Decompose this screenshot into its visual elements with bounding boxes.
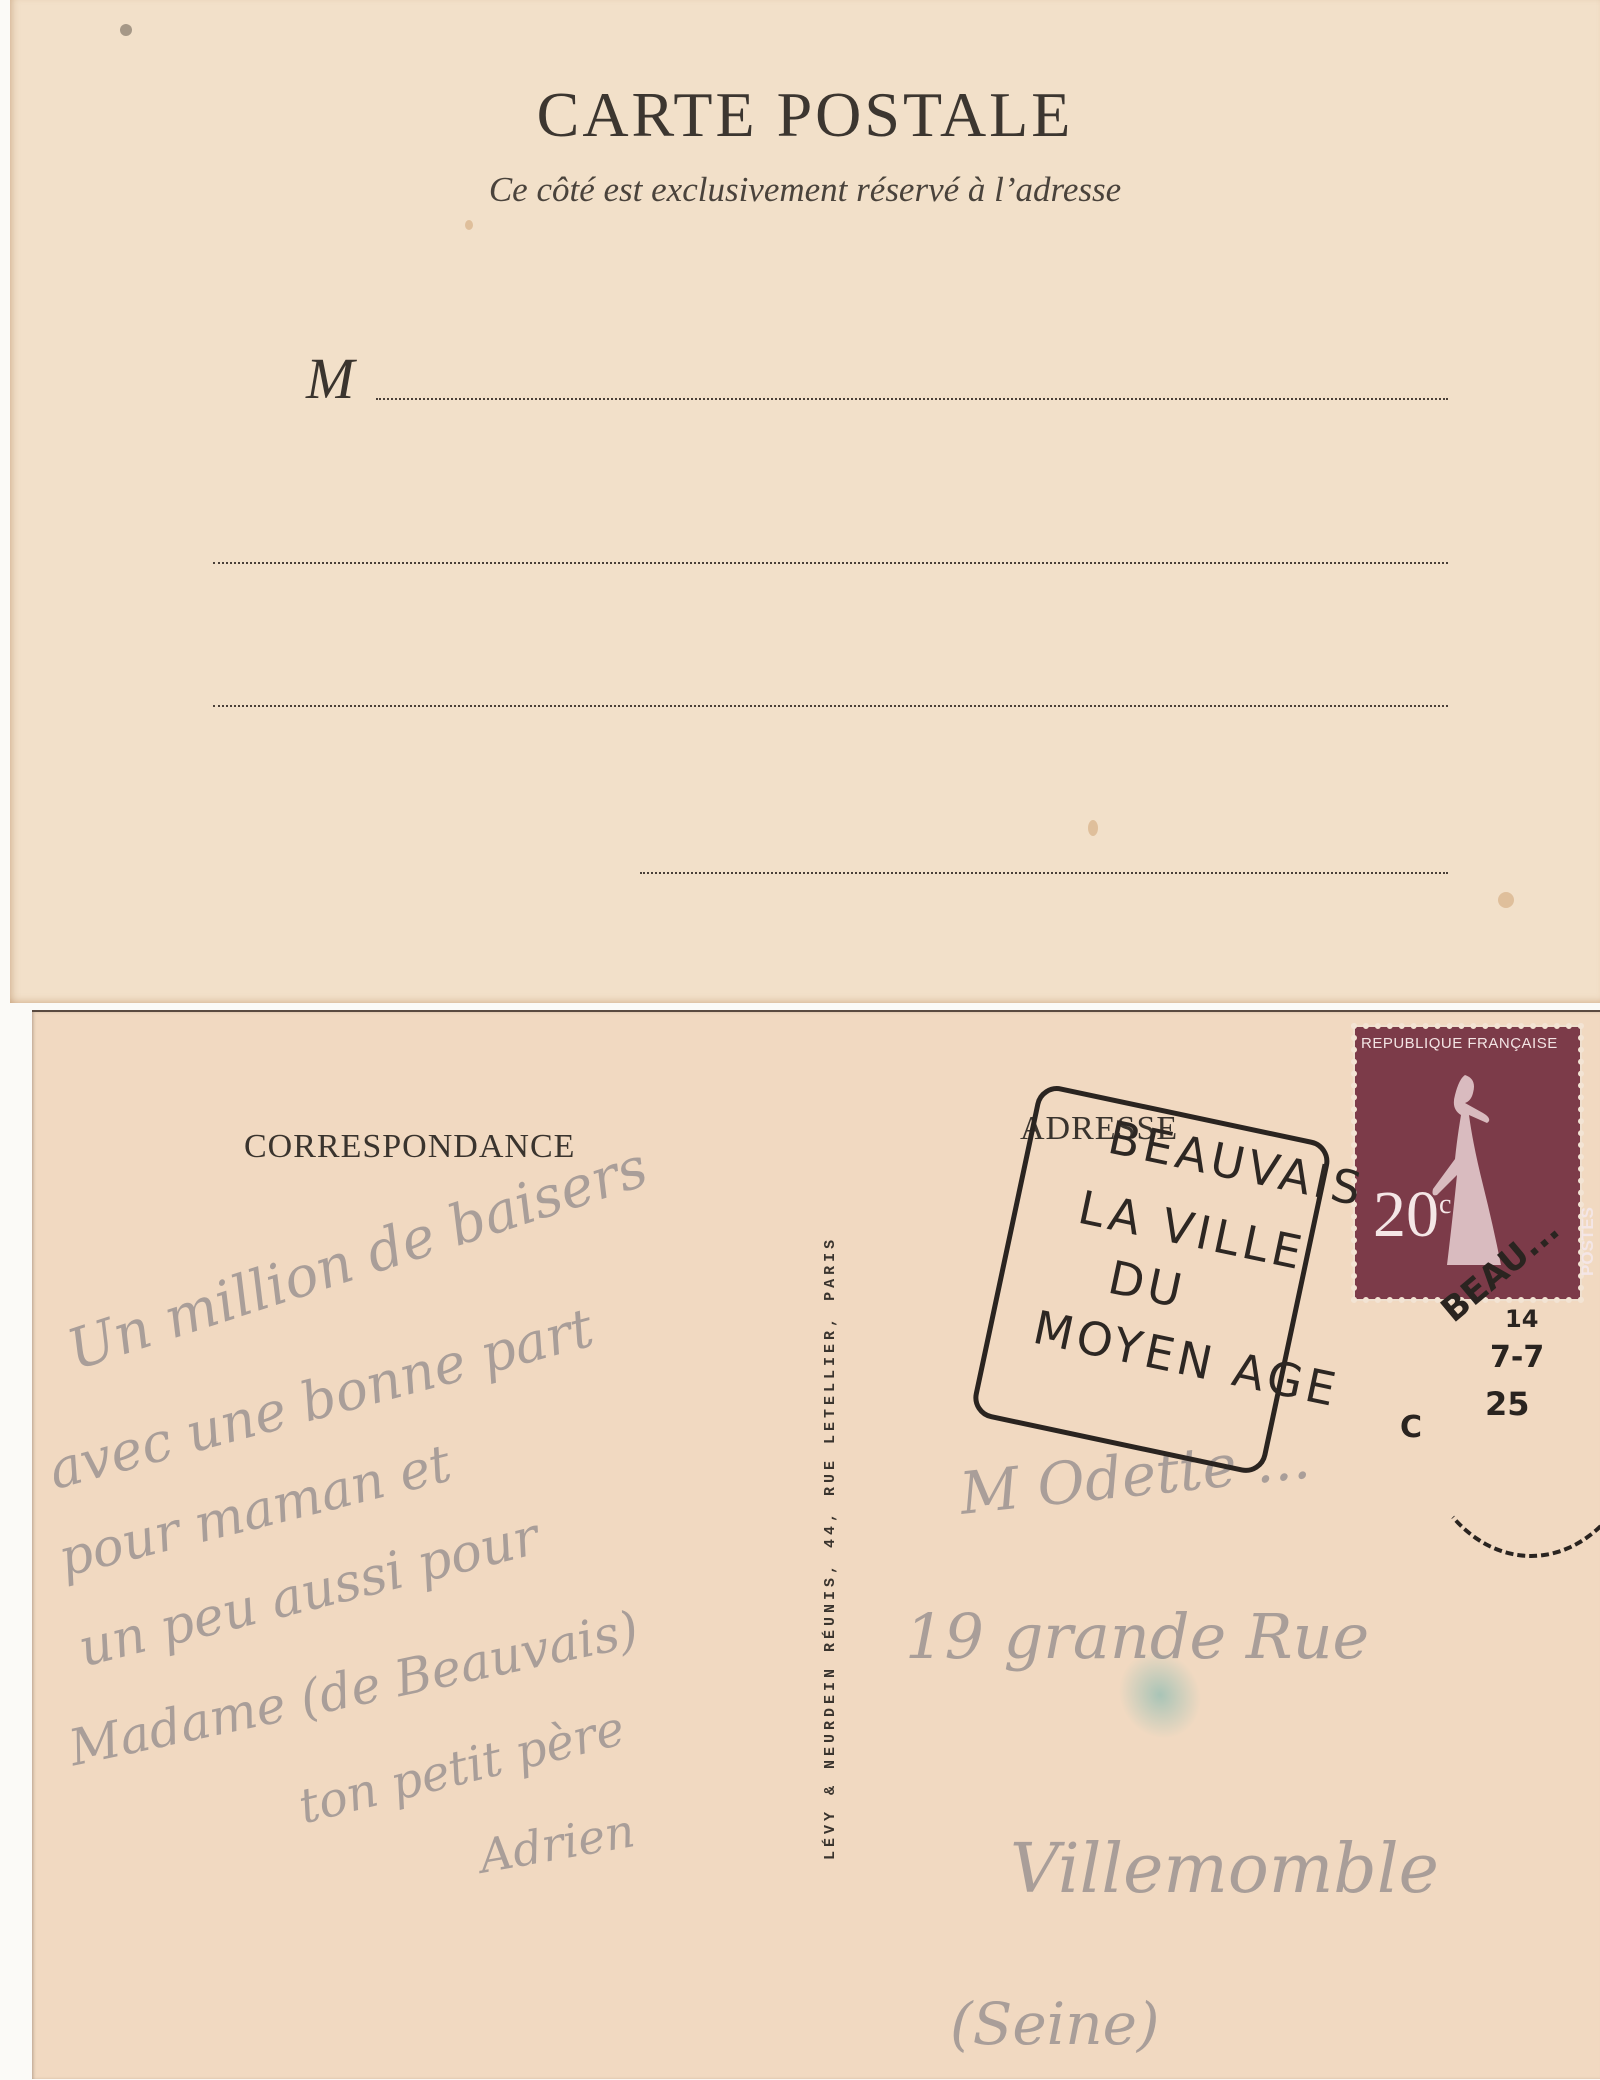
correspondence-heading: CORRESPONDANCE	[244, 1128, 575, 1166]
address-line-3	[213, 705, 1448, 707]
correspondence-heading-text: CORRESPONDANCE	[244, 1128, 575, 1165]
card-subtitle: Ce côté est exclusivement réservé à l’ad…	[10, 170, 1600, 210]
postmark-time: 14	[1505, 1305, 1538, 1333]
address-prefix: M	[306, 345, 354, 412]
foxing-stain	[1088, 820, 1098, 836]
foxing-stain	[1498, 892, 1514, 908]
stamp-country-text: REPUBLIQUE FRANÇAISE	[1361, 1035, 1558, 1052]
address-line-2	[213, 562, 1448, 564]
card-title: CARTE POSTALE	[10, 78, 1600, 152]
address-line-1	[376, 398, 1448, 400]
postcard-front: CARTE POSTALE Ce côté est exclusivement …	[10, 0, 1600, 1003]
publisher-imprint: LÉVY & NEURDEIN RÉUNIS, 44, RUE LETELLIE…	[822, 1236, 839, 1860]
postmark-date: 7-7	[1490, 1340, 1544, 1375]
stamp-value-number: 20	[1373, 1178, 1439, 1251]
stamp-country: REPUBLIQUE FRANÇAISE	[1361, 1035, 1574, 1052]
foxing-stain	[120, 24, 132, 36]
postmark-year: 25	[1485, 1385, 1530, 1423]
recipient-town: Villemomble	[1010, 1830, 1439, 1909]
recipient-region: (Seine)	[950, 1990, 1160, 2058]
postmark-letter: C	[1400, 1410, 1422, 1445]
address-line-4	[640, 872, 1448, 874]
stamp-value: 20c	[1373, 1177, 1451, 1253]
stamp-value-unit: c	[1439, 1189, 1451, 1220]
foxing-stain	[465, 220, 473, 230]
